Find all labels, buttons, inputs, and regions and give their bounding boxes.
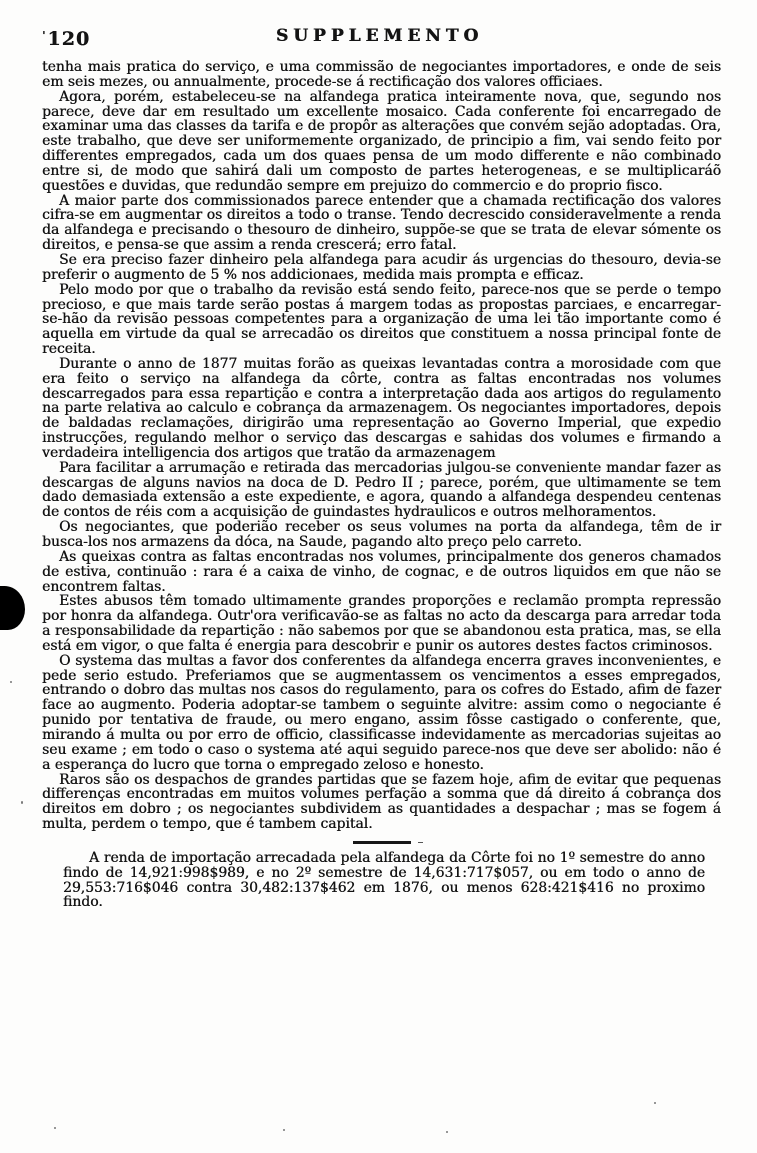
paragraph: O systema das multas a favor dos confere… <box>42 654 721 773</box>
paper-speck <box>10 681 12 683</box>
paper-speck <box>21 801 23 804</box>
page-number-value: 120 <box>47 28 90 50</box>
section-divider-rule <box>353 841 411 844</box>
paragraph: Se era preciso fazer dinheiro pela alfan… <box>42 253 721 283</box>
paper-speck <box>283 1129 285 1131</box>
page-number: '120 <box>42 28 90 50</box>
scanned-document-page: '120 SUPPLEMENTO tenha mais pratica do s… <box>0 0 757 1153</box>
page-header: '120 SUPPLEMENTO <box>42 26 717 52</box>
paragraph: A maior parte dos commissionados parece … <box>42 194 721 253</box>
running-header-title: SUPPLEMENTO <box>42 26 717 46</box>
ink-blot-artifact <box>0 586 25 630</box>
paragraph: Os negociantes, que poderião receber os … <box>42 520 721 550</box>
paragraph: Estes abusos têm tomado ultimamente gran… <box>42 594 721 653</box>
paragraph: Agora, porém, estabeleceu-se na alfandeg… <box>42 90 721 194</box>
paragraph: tenha mais pratica do serviço, e uma com… <box>42 60 721 90</box>
paragraph: Pelo modo por que o trabalho da revisão … <box>42 283 721 357</box>
paper-speck <box>446 1131 448 1133</box>
body-text: tenha mais pratica do serviço, e uma com… <box>42 60 721 910</box>
paper-speck <box>54 1127 56 1129</box>
print-artifact-mark: ' <box>42 29 46 42</box>
paper-speck <box>654 1102 656 1104</box>
paragraph: Raros são os despachos de grandes partid… <box>42 773 721 832</box>
paragraph: As queixas contra as faltas encontradas … <box>42 550 721 595</box>
paragraphs-container: tenha mais pratica do serviço, e uma com… <box>42 60 721 832</box>
paragraph: Durante o anno de 1877 muitas forão as q… <box>42 357 721 461</box>
paragraph: Para facilitar a arrumação e retirada da… <box>42 461 721 520</box>
revenue-summary-paragraph: A renda de importação arrecadada pela al… <box>63 851 705 910</box>
